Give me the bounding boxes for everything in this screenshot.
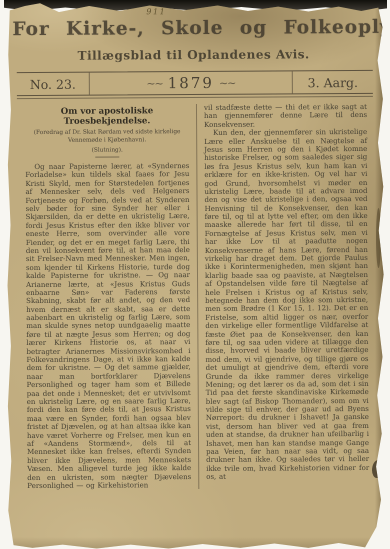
newspaper-page: 911 For Kirke-, Skole og Folkeoplysning.… (6, 0, 384, 549)
year-value: 1879 (168, 74, 214, 92)
handwritten-archive-number: 911 (146, 7, 166, 16)
article-headline: Om vor apostoliske Troesbekjendelse. (25, 106, 189, 127)
article-paragraph: Og naar Papisterne lærer, at «Syndernes … (25, 162, 191, 490)
issue-number: No. 23. (17, 73, 90, 95)
article-paragraph: Kun den, der gjennemfører sin ukristelig… (204, 128, 369, 481)
article-byline: (Foredrag af Dr. Skat Rørdam ved sidste … (31, 129, 183, 145)
issue-bar: No. 23. ∼∼ 1879 ∼∼ 3. Aarg. (17, 70, 373, 96)
article-paragraph: vil stadfæste dette — thi det er ikke sa… (204, 103, 367, 129)
masthead-title: For Kirke-, Skole og Folkeoplysning. (12, 17, 374, 40)
issue-year: ∼∼ 1879 ∼∼ (90, 71, 292, 94)
continuation-note: (Slutning). (25, 147, 189, 154)
section-rule (95, 157, 119, 158)
right-column: vil stadfæste dette — thi det er ikke sa… (196, 103, 369, 489)
year-ornament-left: ∼∼ (146, 77, 163, 90)
double-rule (17, 96, 373, 99)
left-column: Om vor apostoliske Troesbekjendelse. (Fo… (25, 104, 198, 490)
year-ornament-right: ∼∼ (219, 76, 236, 89)
paper-stain (372, 460, 383, 478)
paper-edge-shadow (376, 208, 381, 268)
issue-volume: 3. Aarg. (292, 71, 373, 93)
article-columns: Om vor apostoliske Troesbekjendelse. (Fo… (25, 103, 369, 490)
page-content: 911 For Kirke-, Skole og Folkeoplysning.… (4, 0, 385, 549)
masthead-subtitle: Tillægsblad til Oplandenes Avis. (5, 47, 383, 63)
